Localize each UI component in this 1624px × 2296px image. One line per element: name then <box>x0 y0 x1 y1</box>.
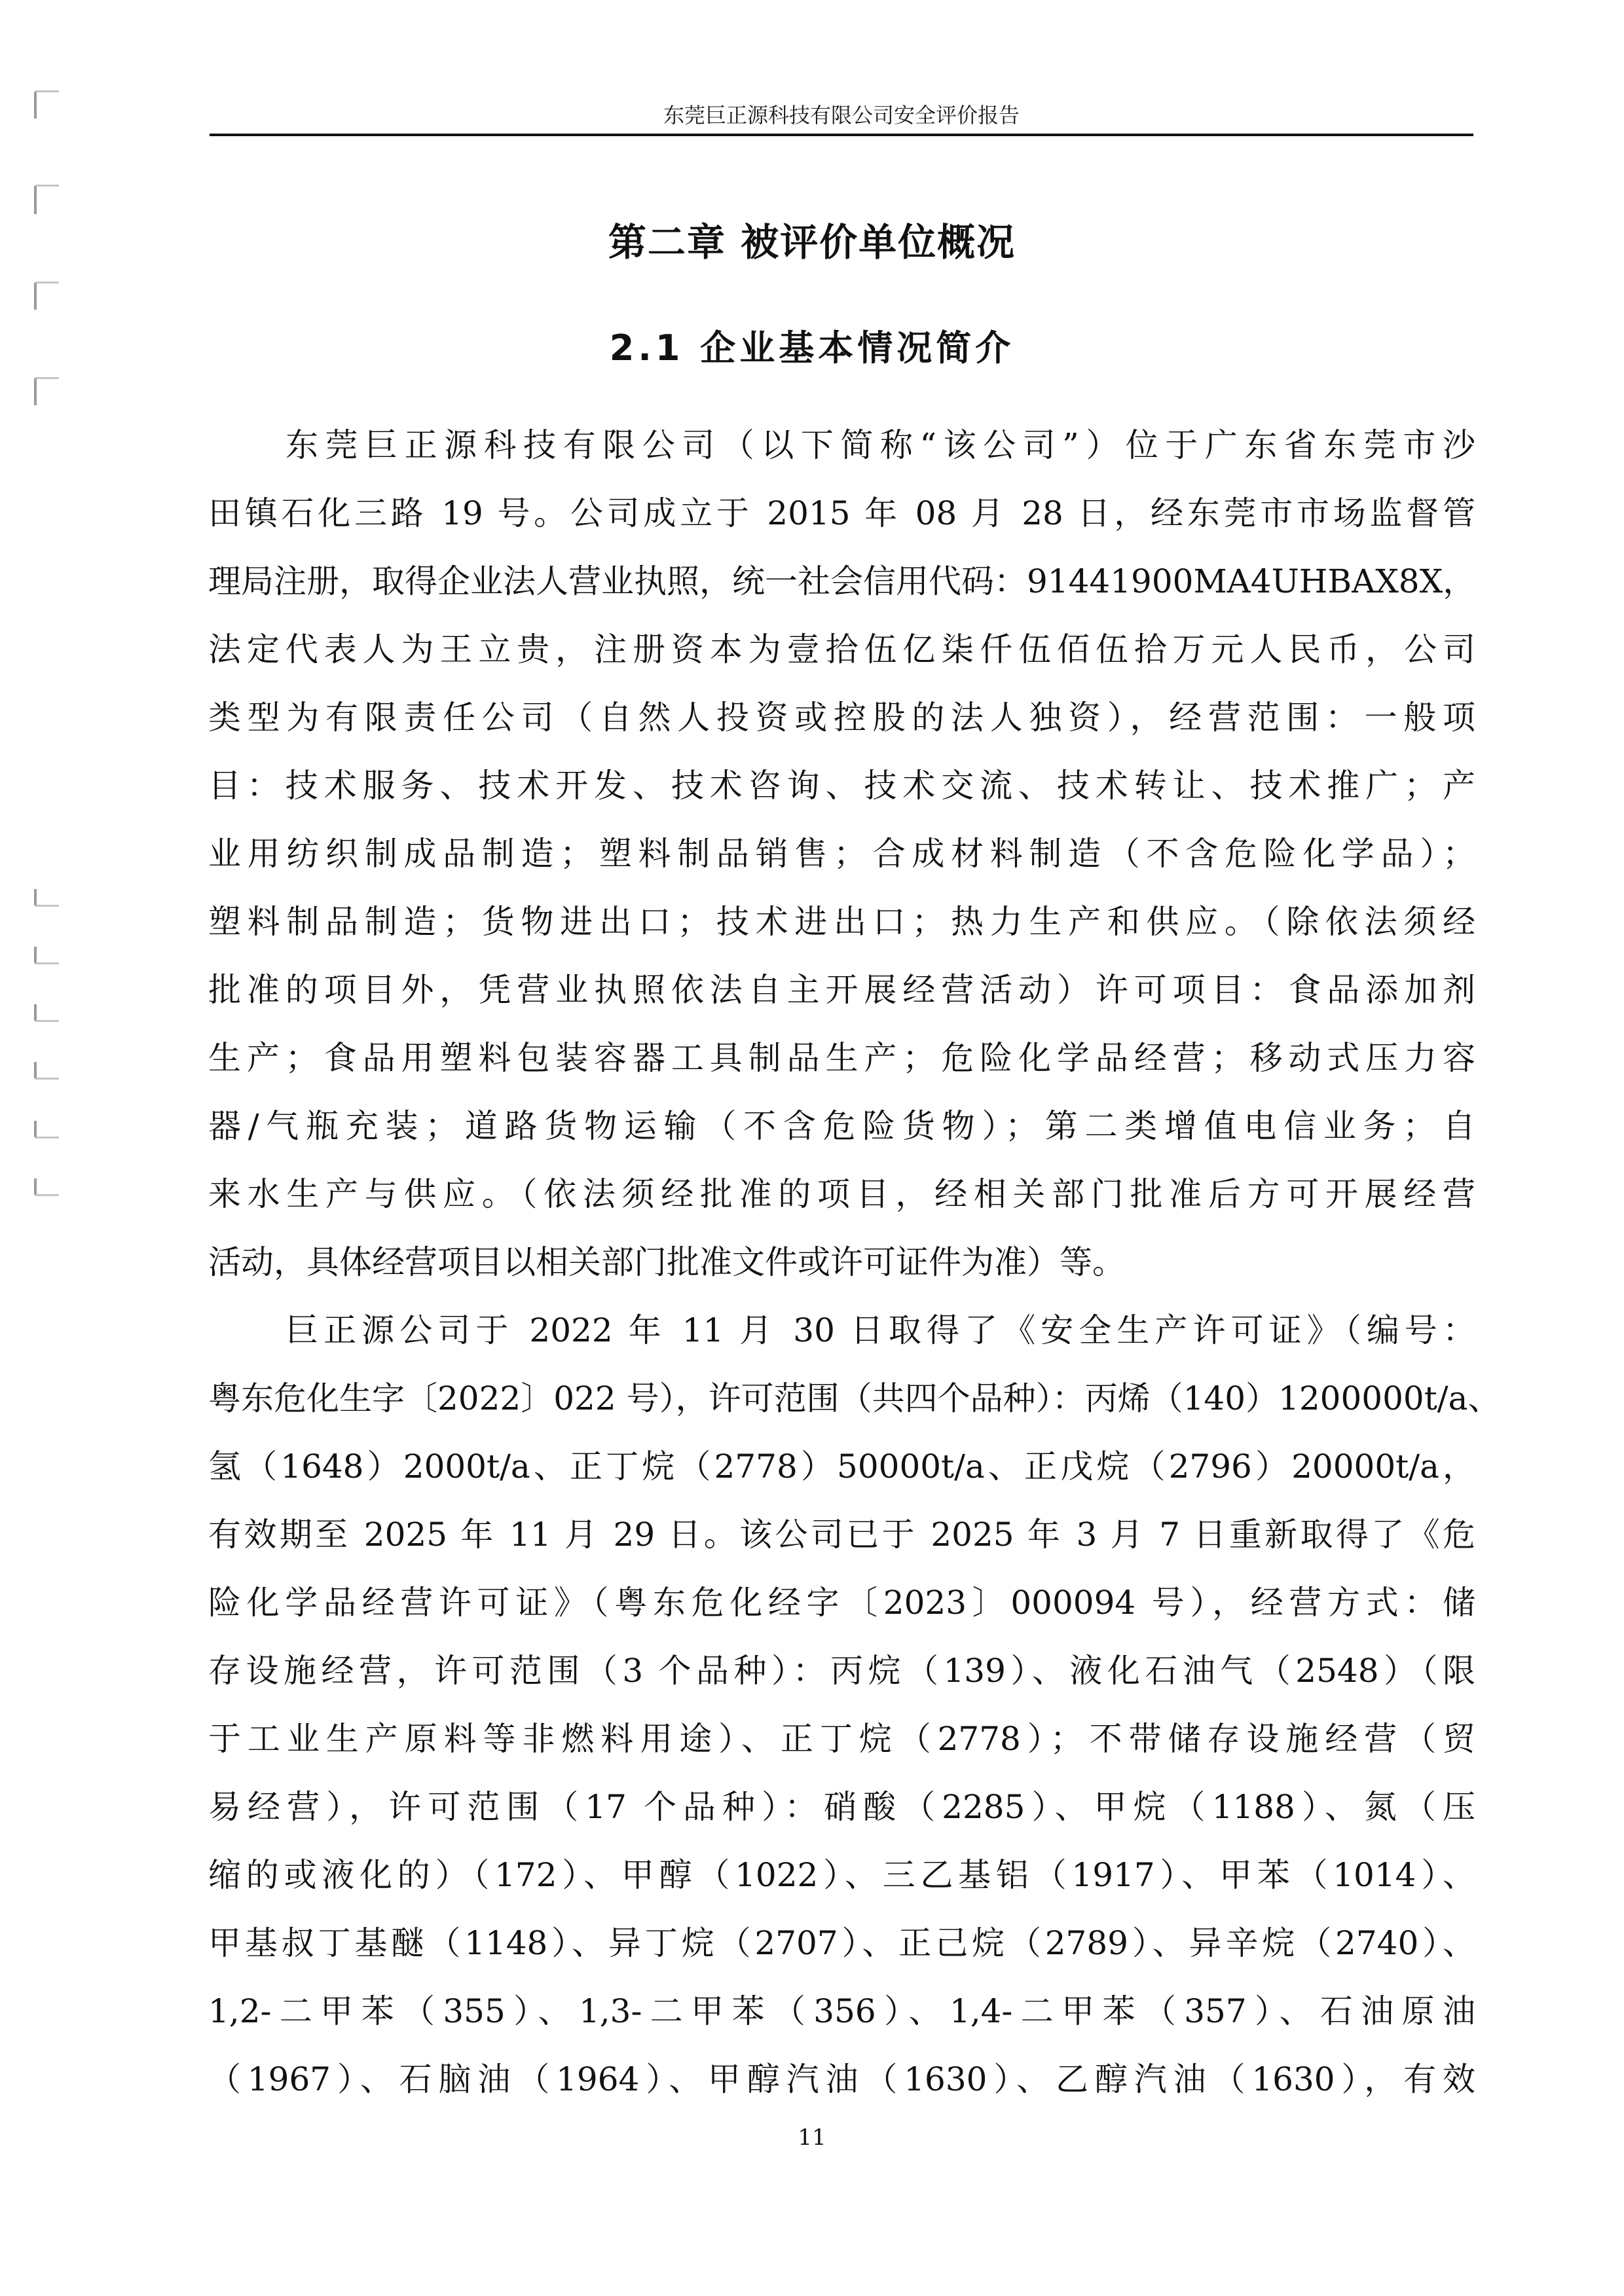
text-line: 有效期至 2025 年 11 月 29 日。该公司已于 2025 年 3 月 7… <box>208 1501 1475 1569</box>
header-divider <box>210 134 1473 136</box>
paragraph-licenses: 巨正源公司于 2022 年 11 月 30 日取得了《安全生产许可证》（编号： … <box>208 1296 1475 2113</box>
binding-mark-icon <box>34 1004 59 1022</box>
binding-mark-icon <box>34 1178 59 1196</box>
binding-mark-icon <box>34 185 59 214</box>
binding-mark-icon <box>34 282 59 310</box>
text-line: 器/气瓶充装；道路货物运输（不含危险货物）；第二类增值电信业务；自 <box>208 1092 1475 1160</box>
text-line: 塑料制品制造；货物进出口；技术进出口；热力生产和供应。（除依法须经 <box>208 888 1475 956</box>
paragraph-company-overview: 东莞巨正源科技有限公司（以下简称“该公司”）位于广东省东莞市沙 田镇石化三路 1… <box>208 411 1475 1296</box>
text-line: 业用纺织制成品制造；塑料制品销售；合成材料制造（不含危险化学品）； <box>208 820 1475 888</box>
text-line: 活动，具体经营项目以相关部门批准文件或许可证件为准）等。 <box>208 1228 1475 1296</box>
text-line: 缩的或液化的）（172）、甲醇（1022）、三乙基铝（1917）、甲苯（1014… <box>208 1841 1475 1909</box>
running-header: 东莞巨正源科技有限公司安全评价报告 <box>210 92 1473 139</box>
text-line: 于工业生产原料等非燃料用途）、正丁烷（2778）；不带储存设施经营（贸 <box>208 1705 1475 1773</box>
page-number: 11 <box>0 2121 1624 2154</box>
text-line: （1967）、石脑油（1964）、甲醇汽油（1630）、乙醇汽油（1630），有… <box>208 2045 1475 2113</box>
text-line: 法定代表人为王立贵，注册资本为壹拾伍亿柒仟伍佰伍拾万元人民币，公司 <box>208 615 1475 683</box>
binding-mark-icon <box>34 377 59 405</box>
text-line: 甲基叔丁基醚（1148）、异丁烷（2707）、正己烷（2789）、异辛烷（274… <box>208 1909 1475 1977</box>
chapter-title: 第二章 被评价单位概况 <box>0 216 1624 268</box>
binding-mark-icon <box>34 1121 59 1139</box>
text-line: 生产；食品用塑料包装容器工具制品生产；危险化学品经营；移动式压力容 <box>208 1024 1475 1092</box>
binding-mark-icon <box>34 1062 59 1080</box>
text-line: 田镇石化三路 19 号。公司成立于 2015 年 08 月 28 日，经东莞市市… <box>208 479 1475 547</box>
binding-mark-icon <box>34 947 59 964</box>
binding-mark-icon <box>34 90 59 118</box>
text-line: 氢（1648）2000t/a、正丁烷（2778）50000t/a、正戊烷（279… <box>208 1432 1475 1501</box>
text-line: 类型为有限责任公司（自然人投资或控股的法人独资），经营范围：一般项 <box>208 683 1475 752</box>
text-line: 目：技术服务、技术开发、技术咨询、技术交流、技术转让、技术推广；产 <box>208 752 1475 820</box>
binding-mark-icon <box>34 889 59 907</box>
text-line: 1,2-二甲苯（355）、1,3-二甲苯（356）、1,4-二甲苯（357）、石… <box>208 1977 1475 2045</box>
section-title: 2.1 企业基本情况简介 <box>0 322 1624 374</box>
text-line: 巨正源公司于 2022 年 11 月 30 日取得了《安全生产许可证》（编号： <box>208 1296 1475 1364</box>
body-text: 东莞巨正源科技有限公司（以下简称“该公司”）位于广东省东莞市沙 田镇石化三路 1… <box>208 411 1475 2113</box>
text-line: 易经营），许可范围（17 个品种）：硝酸（2285）、甲烷（1188）、氮（压 <box>208 1773 1475 1841</box>
text-line: 理局注册，取得企业法人营业执照，统一社会信用代码：91441900MA4UHBA… <box>208 547 1475 615</box>
text-line: 险化学品经营许可证》（粤东危化经字〔2023〕000094 号），经营方式：储 <box>208 1569 1475 1637</box>
text-line: 存设施经营，许可范围（3 个品种）：丙烷（139）、液化石油气（2548）（限 <box>208 1637 1475 1705</box>
text-line: 东莞巨正源科技有限公司（以下简称“该公司”）位于广东省东莞市沙 <box>208 411 1475 479</box>
text-line: 来水生产与供应。（依法须经批准的项目，经相关部门批准后方可开展经营 <box>208 1160 1475 1228</box>
text-line: 批准的项目外，凭营业执照依法自主开展经营活动）许可项目：食品添加剂 <box>208 956 1475 1024</box>
text-line: 粤东危化生字〔2022〕022 号），许可范围（共四个品种）：丙烯（140）12… <box>208 1364 1475 1432</box>
